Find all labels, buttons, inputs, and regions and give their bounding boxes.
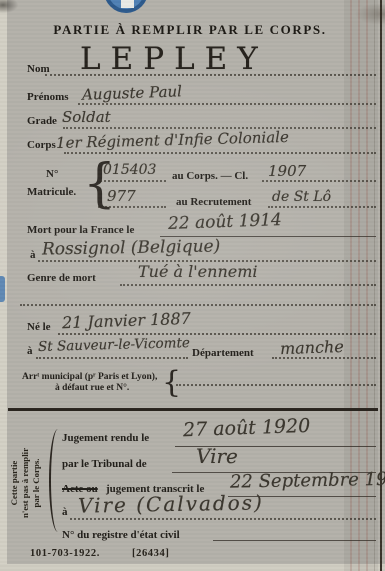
dotted-line [70,518,376,520]
dotted-line [262,180,376,182]
matricule-label: Matricule. [27,186,76,198]
grade-value: Soldat [62,108,111,126]
matricule-corps-number: 015403 [103,162,156,178]
arrondissement-brace: { [162,367,181,399]
side-note-line1: Cette partie [9,431,20,535]
transcrit-value: 22 Septembre 1920 [230,468,385,492]
departement-value: manche [280,337,344,358]
arrondissement-label-line1: Arrᵗ municipal (pʳ Paris et Lyon), [22,372,157,382]
corps-label: Corps [27,139,56,151]
footer-code: 101-703-1922. [30,548,100,559]
jugement-rendu-label: Jugement rendu le [62,432,149,444]
section-divider-dotted [20,304,376,306]
mort-date-label: Mort pour la France le [27,224,134,236]
footer-ref: [26434] [132,548,169,559]
tribunal-value: Vire [196,444,238,468]
matricule-recrutement-place: de St Lô [272,189,331,205]
naissance-lieu-label: à [27,345,33,357]
grade-label: Grade [27,115,57,127]
naissance-lieu-value: St Sauveur-le-Vicomte [38,335,190,355]
blue-edge-mark [0,276,5,302]
dotted-line [176,384,376,386]
matricule-recrutement-label: au Recrutement [176,196,251,208]
nom-value: LEPLEY [80,41,268,77]
section-brace-curve [49,429,60,532]
naissance-date-value: 21 Janvier 1887 [62,309,191,332]
dotted-line [100,180,166,182]
registre-label: N° du registre d'état civil [62,529,180,541]
side-note-line2: n'est pas à remplir [20,431,31,535]
mort-date-value: 22 août 1914 [168,210,282,234]
dotted-line [78,103,376,105]
corps-value: 1er Régiment d'Infie Coloniale [56,128,289,152]
dotted-line [63,127,376,129]
military-death-record-card: PARTIE À REMPLIR PAR LE CORPS. Nom LEPLE… [0,0,385,571]
jugement-rendu-value: 27 août 1920 [183,415,311,441]
tribunal-label: par le Tribunal de [62,458,147,470]
transcrit-lieu-label: à [62,506,68,518]
genre-mort-value: Tué à l'ennemi [138,262,258,281]
transcrit-lieu-value: Vire (Calvados) [78,490,264,517]
dotted-line [98,206,166,208]
paper-bottom-edge [0,564,385,571]
dotted-line [268,206,376,208]
matricule-recrutement-number: 977 [107,187,136,205]
section-divider-rule [8,408,378,411]
prenoms-label: Prénoms [27,91,69,103]
prenoms-value: Auguste Paul [82,82,183,103]
page-title: PARTIE À REMPLIR PAR LE CORPS. [0,22,380,38]
arrondissement-label-line2: à défaut rue et N°. [55,383,129,393]
map-pin-icon-center [121,0,134,8]
side-note-line3: par le Corps. [31,431,42,535]
dotted-line [120,284,376,286]
mort-lieu-label: à [30,249,36,261]
matricule-no-label: N° [46,168,58,180]
dotted-line [36,357,188,359]
baseline [213,540,376,541]
mort-lieu-value: Rossignol (Belgique) [42,236,221,259]
dotted-line [58,333,376,335]
departement-label: Département [192,347,254,359]
genre-mort-label: Genre de mort [27,272,96,284]
side-note-vertical: Cette partie n'est pas à remplir par le … [9,431,45,535]
naissance-date-label: Né le [27,321,51,333]
matricule-corps-suffix: au Corps. — Cl. [172,170,248,182]
matricule-classe-value: 1907 [268,162,306,180]
dotted-line [272,357,376,359]
